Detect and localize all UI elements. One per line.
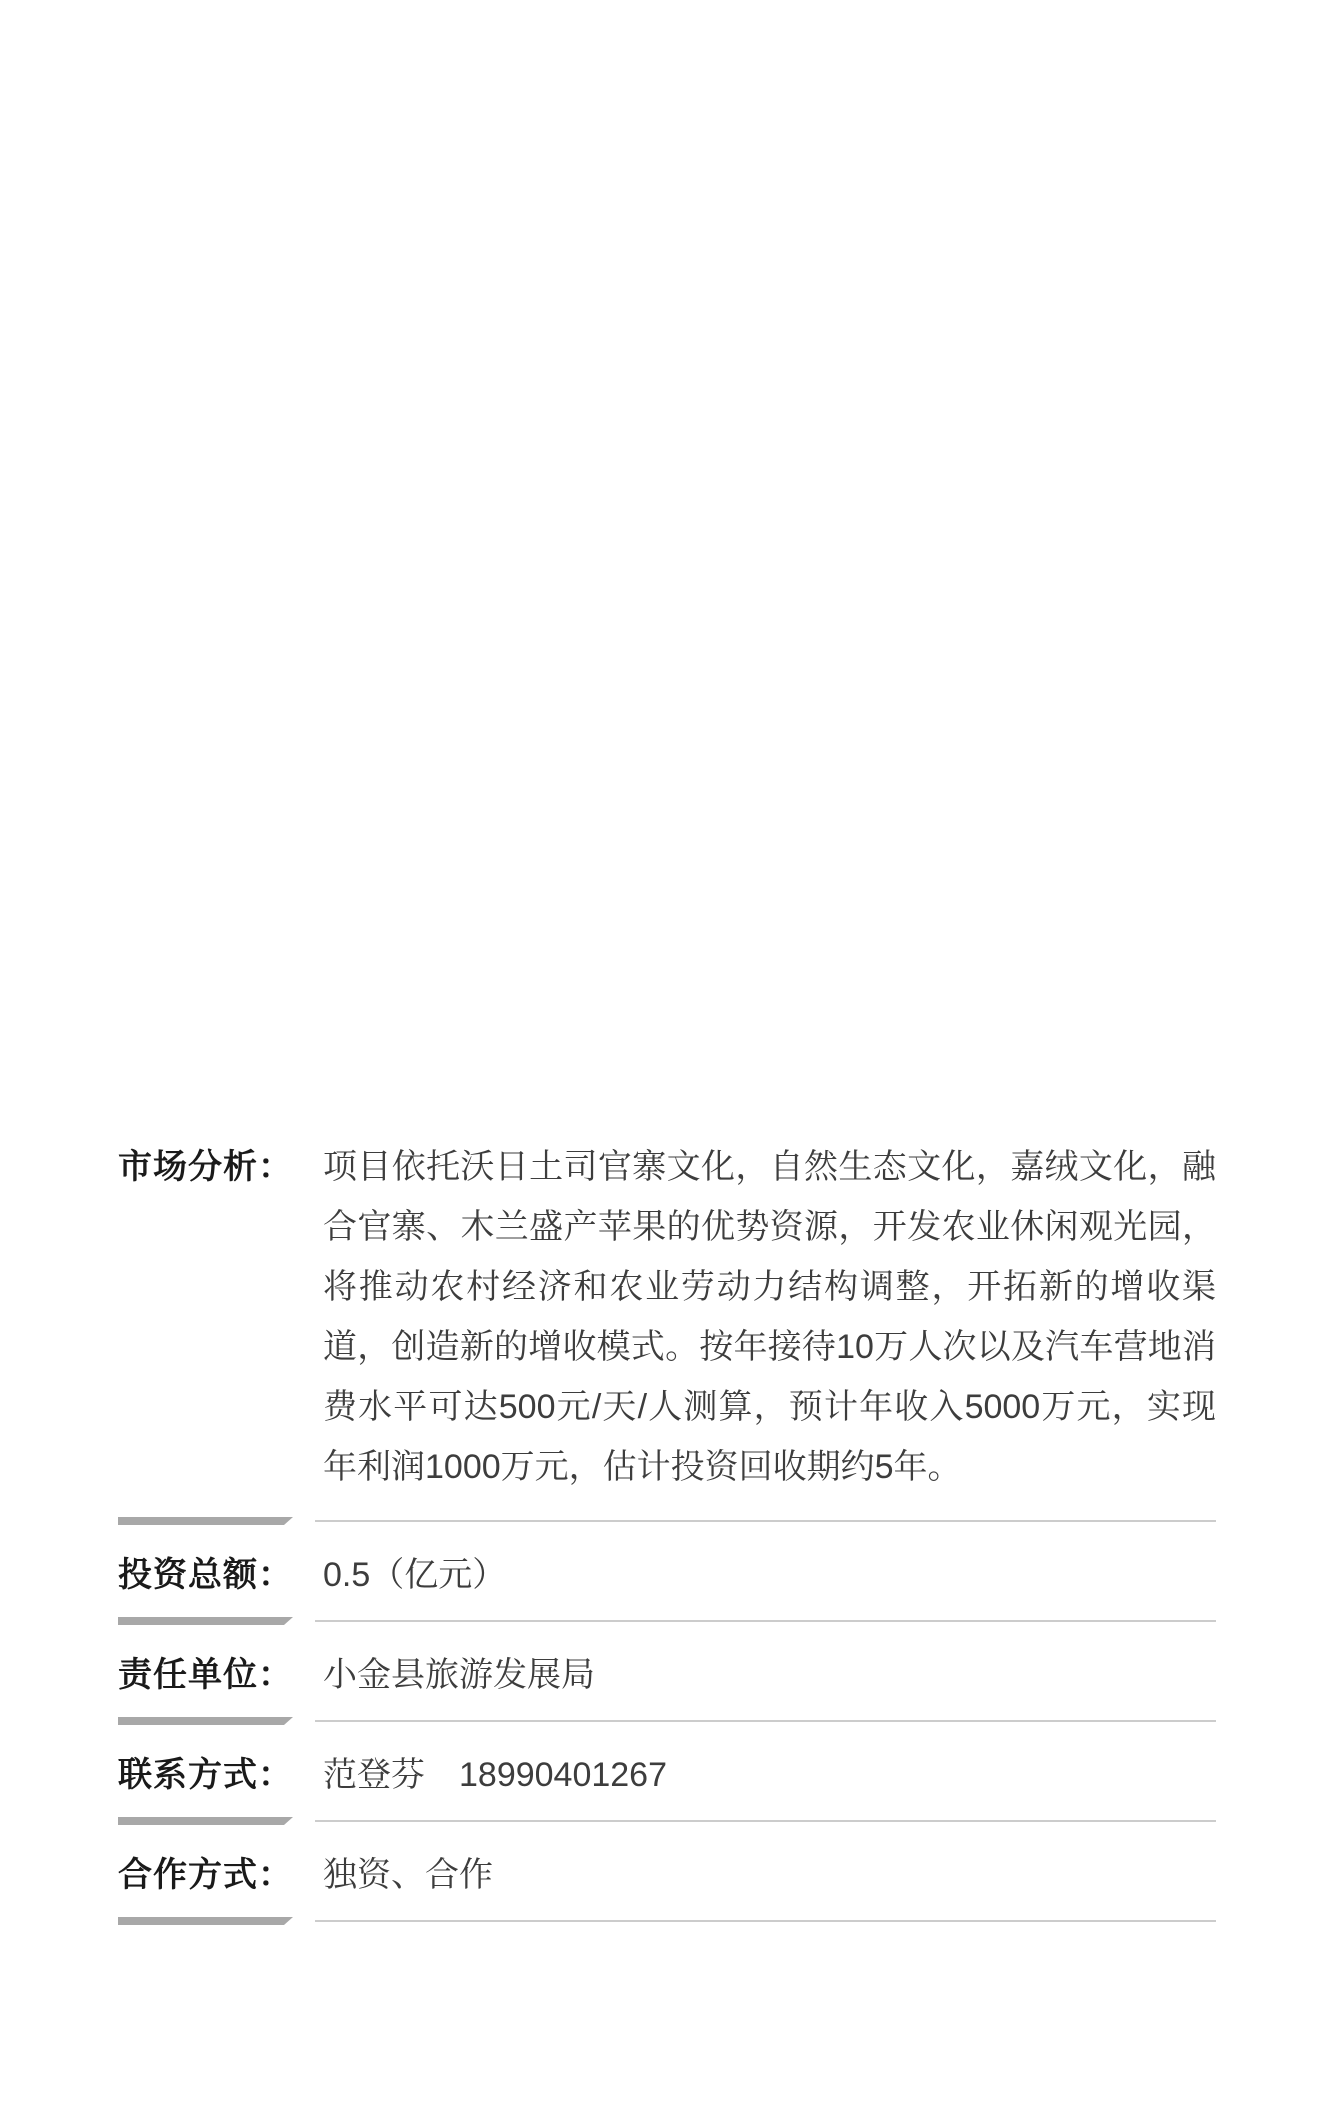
divider-gap bbox=[293, 1517, 315, 1525]
field-value-contact: 范登芬 18990401267 bbox=[323, 1747, 1216, 1796]
field-value-market-analysis: 项目依托沃日土司官寨文化，自然生态文化，嘉绒文化，融合官寨、木兰盛产苹果的优势资… bbox=[323, 1137, 1216, 1497]
field-row-total-investment: 投资总额： 0.5（亿元） bbox=[118, 1525, 1216, 1617]
row-divider bbox=[118, 1917, 1216, 1925]
project-info-table: 市场分析： 项目依托沃日土司官寨文化，自然生态文化，嘉绒文化，融合官寨、木兰盛产… bbox=[118, 1137, 1216, 1925]
field-label-contact: 联系方式： bbox=[118, 1747, 323, 1796]
document-page: 市场分析： 项目依托沃日土司官寨文化，自然生态文化，嘉绒文化，融合官寨、木兰盛产… bbox=[0, 0, 1334, 2102]
field-row-contact: 联系方式： 范登芬 18990401267 bbox=[118, 1725, 1216, 1817]
divider-accent-bar bbox=[118, 1817, 293, 1825]
divider-gap bbox=[293, 1717, 315, 1725]
divider-gap bbox=[293, 1817, 315, 1825]
divider-line bbox=[315, 1820, 1216, 1822]
field-value-total-investment: 0.5（亿元） bbox=[323, 1547, 1216, 1596]
row-divider bbox=[118, 1817, 1216, 1825]
row-divider bbox=[118, 1717, 1216, 1725]
divider-accent-bar bbox=[118, 1917, 293, 1925]
field-label-responsible-unit: 责任单位： bbox=[118, 1647, 323, 1696]
divider-line bbox=[315, 1620, 1216, 1622]
blank-area bbox=[0, 0, 1334, 1137]
divider-line bbox=[315, 1520, 1216, 1522]
field-label-market-analysis: 市场分析： bbox=[118, 1137, 323, 1197]
row-divider bbox=[118, 1617, 1216, 1625]
field-label-total-investment: 投资总额： bbox=[118, 1547, 323, 1596]
field-row-responsible-unit: 责任单位： 小金县旅游发展局 bbox=[118, 1625, 1216, 1717]
row-divider bbox=[118, 1517, 1216, 1525]
divider-accent-bar bbox=[118, 1617, 293, 1625]
divider-line bbox=[315, 1720, 1216, 1722]
divider-accent-bar bbox=[118, 1517, 293, 1525]
field-label-cooperation: 合作方式： bbox=[118, 1847, 323, 1896]
divider-accent-bar bbox=[118, 1717, 293, 1725]
field-row-cooperation: 合作方式： 独资、合作 bbox=[118, 1825, 1216, 1917]
divider-gap bbox=[293, 1617, 315, 1625]
divider-gap bbox=[293, 1917, 315, 1925]
field-value-cooperation: 独资、合作 bbox=[323, 1847, 1216, 1896]
divider-line bbox=[315, 1920, 1216, 1922]
field-row-market-analysis: 市场分析： 项目依托沃日土司官寨文化，自然生态文化，嘉绒文化，融合官寨、木兰盛产… bbox=[118, 1137, 1216, 1517]
field-value-responsible-unit: 小金县旅游发展局 bbox=[323, 1647, 1216, 1696]
